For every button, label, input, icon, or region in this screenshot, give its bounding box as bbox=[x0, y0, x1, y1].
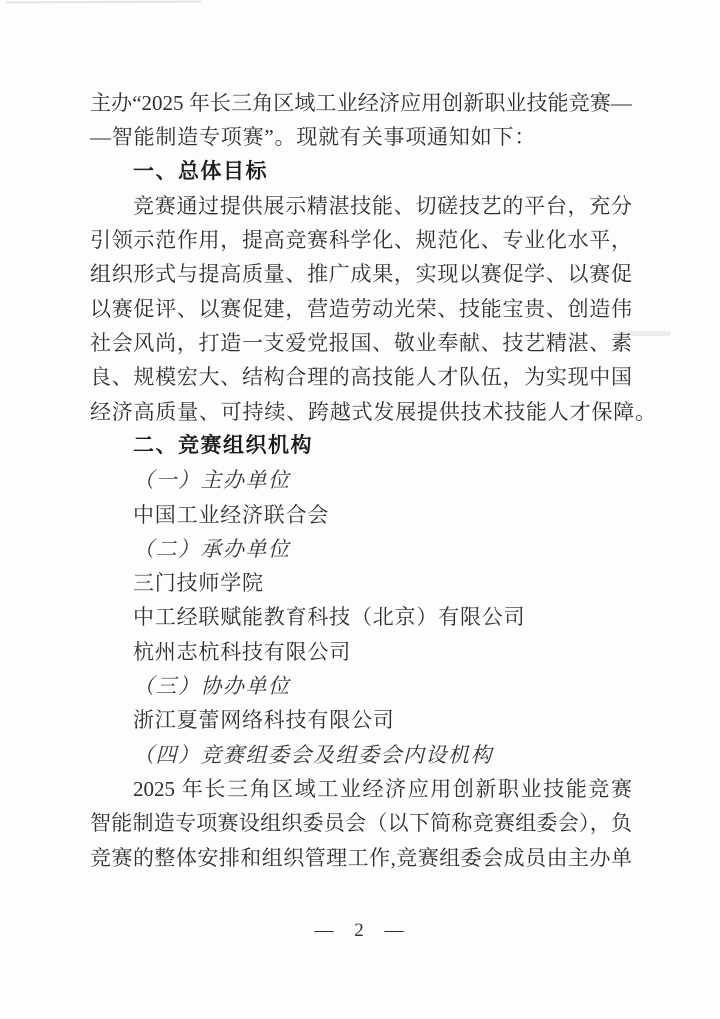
subsection-heading: （一）主办单位 bbox=[90, 463, 632, 497]
org-name: 浙江夏蕾网络科技有限公司 bbox=[90, 703, 632, 737]
org-name: 杭州志杭科技有限公司 bbox=[90, 635, 632, 669]
body-line: —智能制造专项赛”。现就有关事项通知如下： bbox=[90, 120, 632, 154]
org-name: 三门技师学院 bbox=[90, 566, 632, 600]
section-heading-2: 二、竞赛组织机构 bbox=[90, 429, 632, 463]
subsection-heading: （四）竞赛组委会及组委会内设机构 bbox=[90, 738, 632, 772]
document-body: 主办“2025 年长三角区域工业经济应用创新职业技能竞赛— —智能制造专项赛”。… bbox=[90, 86, 632, 875]
org-name: 中国工业经济联合会 bbox=[90, 498, 632, 532]
page-number: — 2 — bbox=[0, 920, 720, 942]
body-line: 主办“2025 年长三角区域工业经济应用创新职业技能竞赛— bbox=[90, 86, 632, 120]
scan-artifact-line bbox=[6, 1, 201, 4]
body-line: 智能制造专项赛设组织委员会（以下简称竞赛组委会），负责 bbox=[90, 806, 632, 840]
body-line: 竞赛通过提供展示精湛技能、切磋技艺的平台，充分发挥 bbox=[90, 189, 632, 223]
body-line: 竞赛的整体安排和组织管理工作,竞赛组委会成员由主办单位 bbox=[90, 841, 632, 875]
body-line: 组织形式与提高质量、推广成果，实现以赛促学、以赛促训、 bbox=[90, 257, 632, 291]
section-heading-1: 一、总体目标 bbox=[90, 155, 632, 189]
document-page: 主办“2025 年长三角区域工业经济应用创新职业技能竞赛— —智能制造专项赛”。… bbox=[0, 0, 720, 1019]
body-line: 引领示范作用，提高竞赛科学化、规范化、专业化水平，创新 bbox=[90, 223, 632, 257]
subsection-heading: （三）协办单位 bbox=[90, 669, 632, 703]
body-line: 2025 年长三角区域工业经济应用创新职业技能竞赛—— bbox=[90, 772, 632, 806]
body-line: 良、规模宏大、结构合理的高技能人才队伍，为实现中国工业 bbox=[90, 360, 632, 394]
org-name: 中工经联赋能教育科技（北京）有限公司 bbox=[90, 600, 632, 634]
body-line: 经济高质量、可持续、跨越式发展提供技术技能人才保障。 bbox=[90, 395, 632, 429]
subsection-heading: （二）承办单位 bbox=[90, 532, 632, 566]
body-line: 以赛促评、以赛促建，营造劳动光荣、技能宝贵、创造伟大的 bbox=[90, 292, 632, 326]
body-line: 社会风尚，打造一支爱党报国、敬业奉献、技艺精湛、素质优 bbox=[90, 326, 632, 360]
